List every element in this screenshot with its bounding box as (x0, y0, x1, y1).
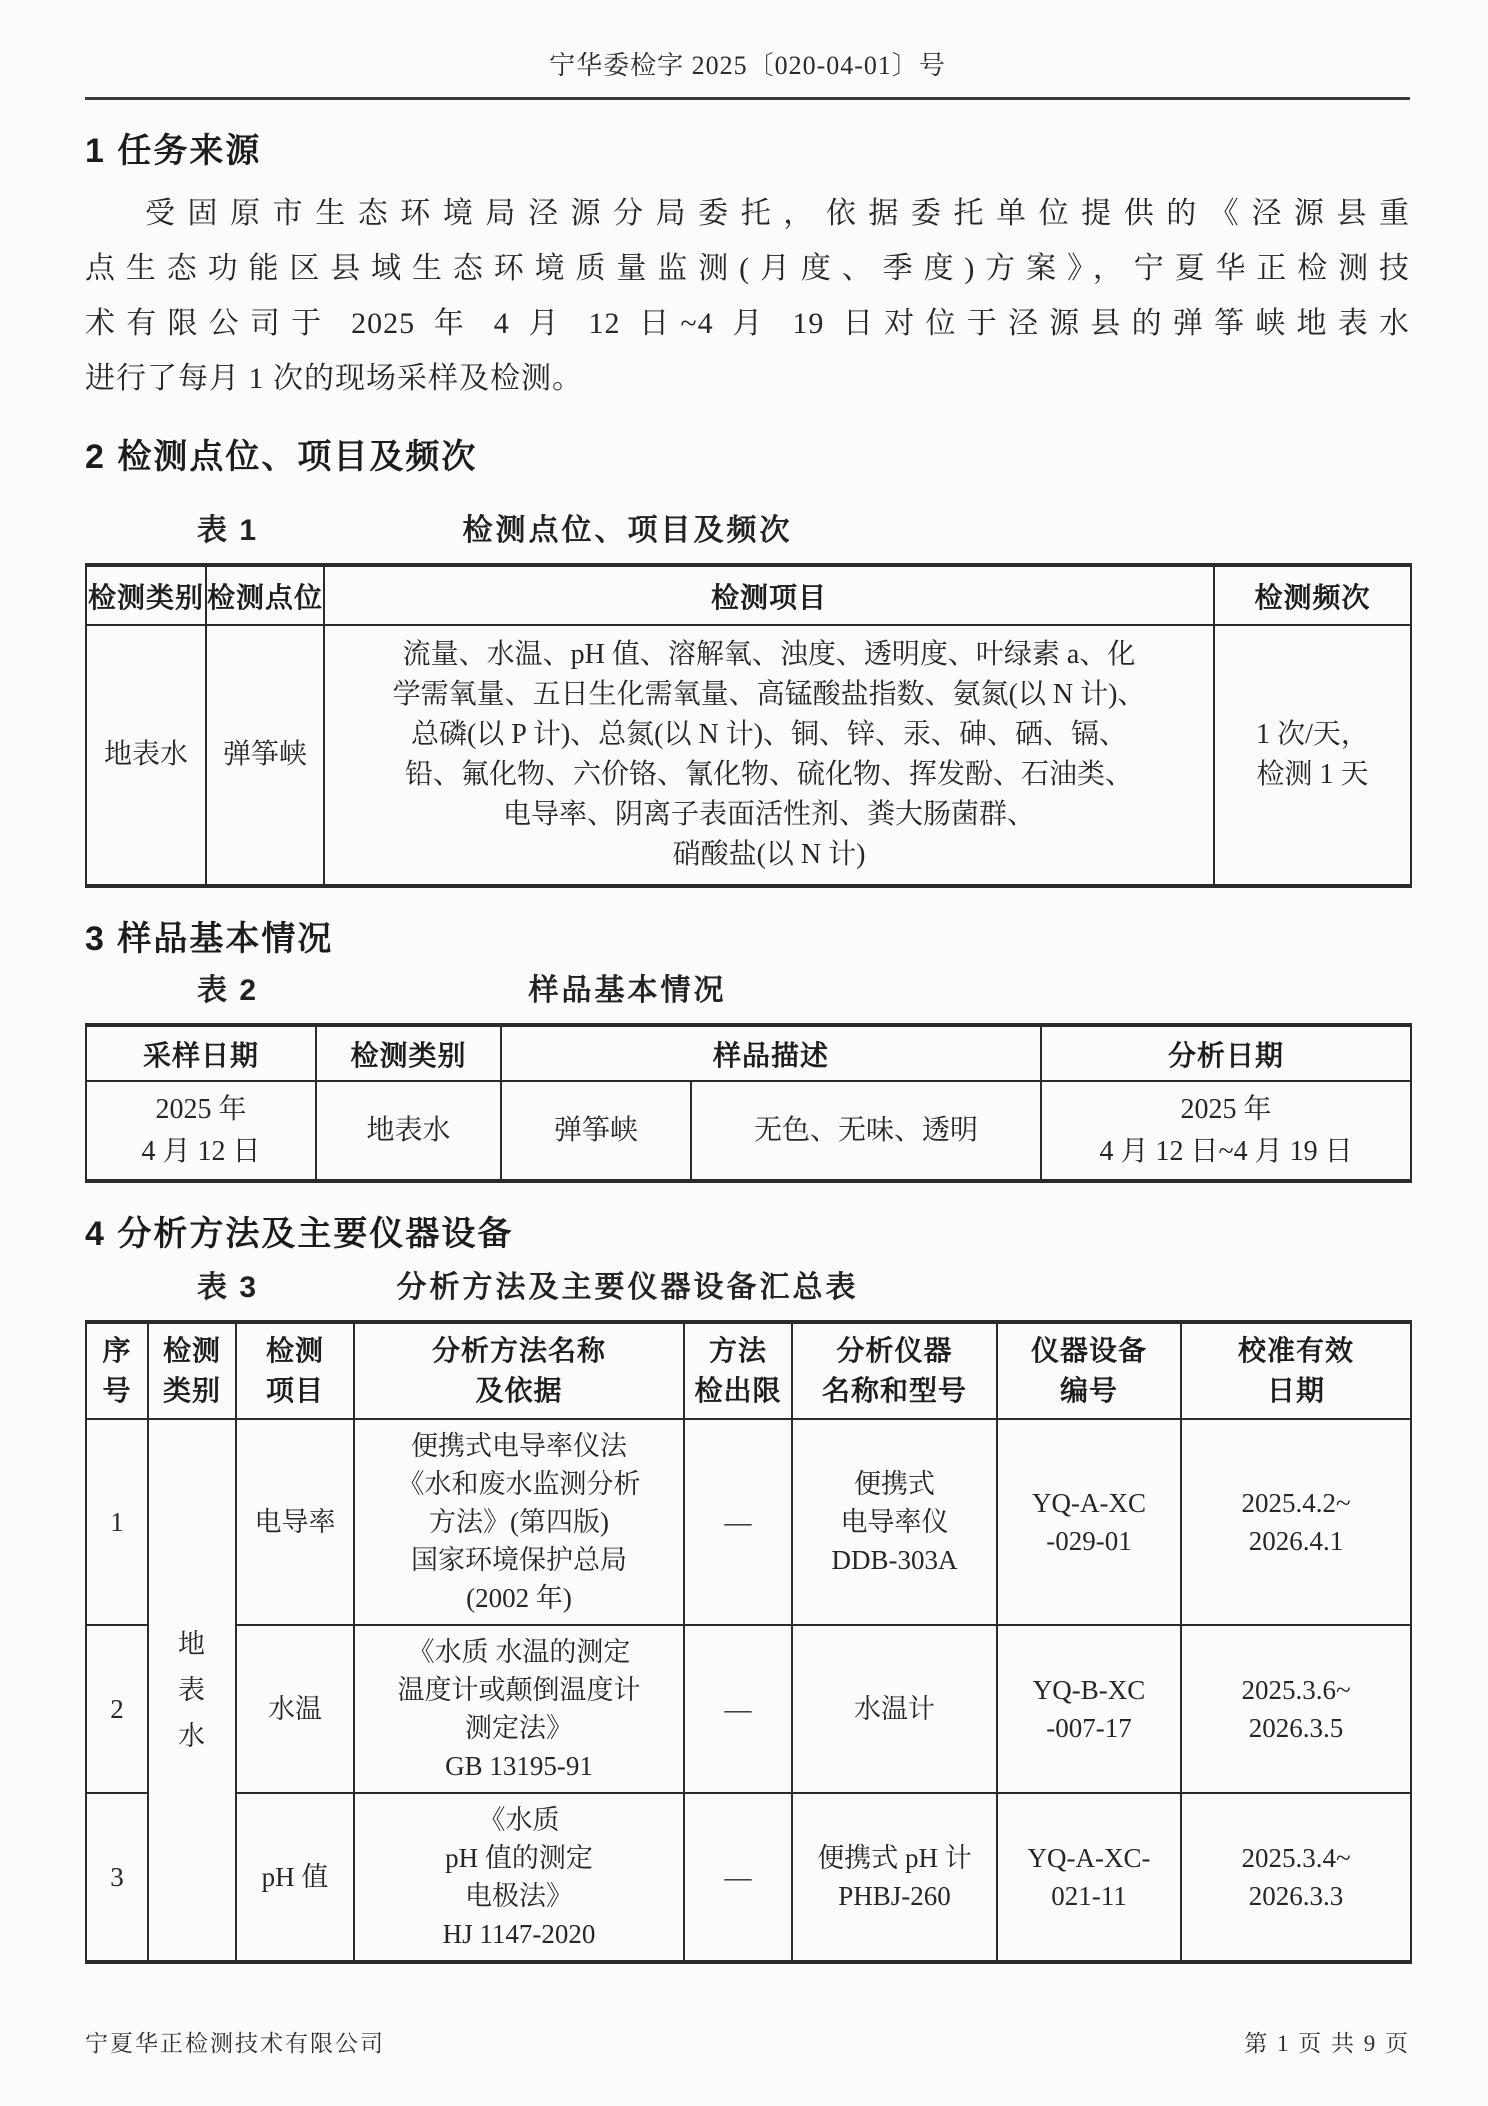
t3-cell-method: 《水质 水温的测定 温度计或颠倒温度计 测定法》 GB 13195-91 (354, 1625, 684, 1793)
t3-header-equipment-no: 仪器设备 编号 (997, 1322, 1181, 1419)
paragraph-line: 术有限公司于 2025 年 4 月 12 日~4 月 19 日对位于泾源县的弹筝… (85, 296, 1410, 351)
t1-cell-site: 弹筝峡 (206, 625, 324, 886)
table1-header-row: 检测类别 检测点位 检测项目 检测频次 (86, 565, 1411, 625)
t3-cell-no: 3 (86, 1793, 148, 1962)
t2-cell-category: 地表水 (316, 1081, 501, 1181)
paragraph-line: 受固原市生态环境局泾源分局委托，依据委托单位提供的《泾源县重 (85, 186, 1410, 241)
t1-header-category: 检测类别 (86, 565, 206, 625)
table1-label: 表 1 (197, 510, 258, 552)
t2-cell-analysis-date: 2025 年 4 月 12 日~4 月 19 日 (1041, 1081, 1411, 1181)
table3-header-row: 序 号 检测 类别 检测 项目 分析方法名称 及依据 方法 检出限 分析仪器 名… (86, 1322, 1411, 1419)
t1-header-frequency: 检测频次 (1214, 565, 1411, 625)
table3-title: 分析方法及主要仪器设备汇总表 (397, 1271, 859, 1304)
t3-cell-calibration: 2025.3.6~ 2026.3.5 (1181, 1625, 1411, 1793)
t3-cell-no: 2 (86, 1625, 148, 1793)
table2-header-row: 采样日期 检测类别 样品描述 分析日期 (86, 1025, 1411, 1081)
t2-cell-description: 无色、无味、透明 (691, 1081, 1041, 1181)
t2-header-description: 样品描述 (501, 1025, 1041, 1081)
t3-cell-equipment-no: YQ-A-XC -029-01 (997, 1419, 1181, 1625)
t3-cell-instrument: 便携式 电导率仪 DDB-303A (792, 1419, 997, 1625)
footer-company: 宁夏华正检测技术有限公司 (85, 2025, 385, 2058)
table2: 采样日期 检测类别 样品描述 分析日期 2025 年 4 月 12 日 地表水 … (85, 1023, 1412, 1183)
table3-label: 表 3 (197, 1267, 258, 1309)
t3-cell-instrument: 便携式 pH 计 PHBJ-260 (792, 1793, 997, 1962)
t2-cell-site: 弹筝峡 (501, 1081, 691, 1181)
t3-cell-equipment-no: YQ-B-XC -007-17 (997, 1625, 1181, 1793)
document-page: 宁华委检字 2025〔020-04-01〕号 1 任务来源 受固原市生态环境局泾… (0, 0, 1488, 2106)
t3-header-instrument: 分析仪器 名称和型号 (792, 1322, 997, 1419)
table2-title: 样品基本情况 (529, 974, 727, 1007)
t3-cell-equipment-no: YQ-A-XC- 021-11 (997, 1793, 1181, 1962)
table3-row-1: 1 地 表 水 电导率 便携式电导率仪法 《水和废水监测分析 方法》(第四版) … (86, 1419, 1411, 1625)
table2-data-row: 2025 年 4 月 12 日 地表水 弹筝峡 无色、无味、透明 2025 年 … (86, 1081, 1411, 1181)
t3-cell-item: 电导率 (236, 1419, 354, 1625)
t2-header-sampling-date: 采样日期 (86, 1025, 316, 1081)
page-footer: 宁夏华正检测技术有限公司 第 1 页 共 9 页 (85, 2025, 1410, 2058)
t3-cell-instrument: 水温计 (792, 1625, 997, 1793)
table1-caption: 表 1 检测点位、项目及频次 (85, 510, 1410, 552)
footer-page-number: 第 1 页 共 9 页 (1244, 2025, 1410, 2058)
t1-header-site: 检测点位 (206, 565, 324, 625)
t1-header-items: 检测项目 (324, 565, 1214, 625)
section-4-heading: 4 分析方法及主要仪器设备 (85, 1211, 1410, 1257)
t1-cell-items: 流量、水温、pH 值、溶解氧、浊度、透明度、叶绿素 a、化 学需氧量、五日生化需… (324, 625, 1214, 886)
t1-cell-frequency: 1 次/天， 检测 1 天 (1214, 625, 1411, 886)
table1-title: 检测点位、项目及频次 (463, 514, 793, 547)
paragraph-line: 点生态功能区县域生态环境质量监测(月度、季度)方案》，宁夏华正检测技 (85, 241, 1410, 296)
table3: 序 号 检测 类别 检测 项目 分析方法名称 及依据 方法 检出限 分析仪器 名… (85, 1320, 1412, 1964)
t3-header-limit: 方法 检出限 (684, 1322, 792, 1419)
section-1-heading: 1 任务来源 (85, 128, 1410, 174)
t3-cell-limit: — (684, 1793, 792, 1962)
table1: 检测类别 检测点位 检测项目 检测频次 地表水 弹筝峡 流量、水温、pH 值、溶… (85, 563, 1412, 888)
section-3-heading: 3 样品基本情况 (85, 916, 1410, 962)
doc-number: 宁华委检字 2025〔020-04-01〕号 (85, 48, 1410, 84)
t2-cell-sampling-date: 2025 年 4 月 12 日 (86, 1081, 316, 1181)
table3-row-3: 3 pH 值 《水质 pH 值的测定 电极法》 HJ 1147-2020 — 便… (86, 1793, 1411, 1962)
t3-header-calibration: 校准有效 日期 (1181, 1322, 1411, 1419)
t3-header-method: 分析方法名称 及依据 (354, 1322, 684, 1419)
table1-data-row: 地表水 弹筝峡 流量、水温、pH 值、溶解氧、浊度、透明度、叶绿素 a、化 学需… (86, 625, 1411, 886)
header-divider (85, 97, 1410, 100)
t3-cell-item: 水温 (236, 1625, 354, 1793)
table2-caption: 表 2 样品基本情况 (85, 970, 1410, 1012)
section-2-heading: 2 检测点位、项目及频次 (85, 434, 1410, 480)
table3-caption: 表 3 分析方法及主要仪器设备汇总表 (85, 1267, 1410, 1309)
paragraph-line: 进行了每月 1 次的现场采样及检测。 (85, 351, 1410, 406)
t3-cell-calibration: 2025.3.4~ 2026.3.3 (1181, 1793, 1411, 1962)
t3-cell-item: pH 值 (236, 1793, 354, 1962)
t2-header-category: 检测类别 (316, 1025, 501, 1081)
t3-header-category: 检测 类别 (148, 1322, 236, 1419)
table3-row-2: 2 水温 《水质 水温的测定 温度计或颠倒温度计 测定法》 GB 13195-9… (86, 1625, 1411, 1793)
t3-cell-limit: — (684, 1419, 792, 1625)
t1-cell-category: 地表水 (86, 625, 206, 886)
t3-cell-category: 地 表 水 (148, 1419, 236, 1962)
t3-cell-calibration: 2025.4.2~ 2026.4.1 (1181, 1419, 1411, 1625)
t3-cell-no: 1 (86, 1419, 148, 1625)
table2-label: 表 2 (197, 970, 258, 1012)
t2-header-analysis-date: 分析日期 (1041, 1025, 1411, 1081)
t3-header-item: 检测 项目 (236, 1322, 354, 1419)
section-1-paragraph: 受固原市生态环境局泾源分局委托，依据委托单位提供的《泾源县重 点生态功能区县域生… (85, 186, 1410, 406)
t3-cell-method: 便携式电导率仪法 《水和废水监测分析 方法》(第四版) 国家环境保护总局 (20… (354, 1419, 684, 1625)
t3-cell-limit: — (684, 1625, 792, 1793)
t3-header-no: 序 号 (86, 1322, 148, 1419)
t3-cell-method: 《水质 pH 值的测定 电极法》 HJ 1147-2020 (354, 1793, 684, 1962)
